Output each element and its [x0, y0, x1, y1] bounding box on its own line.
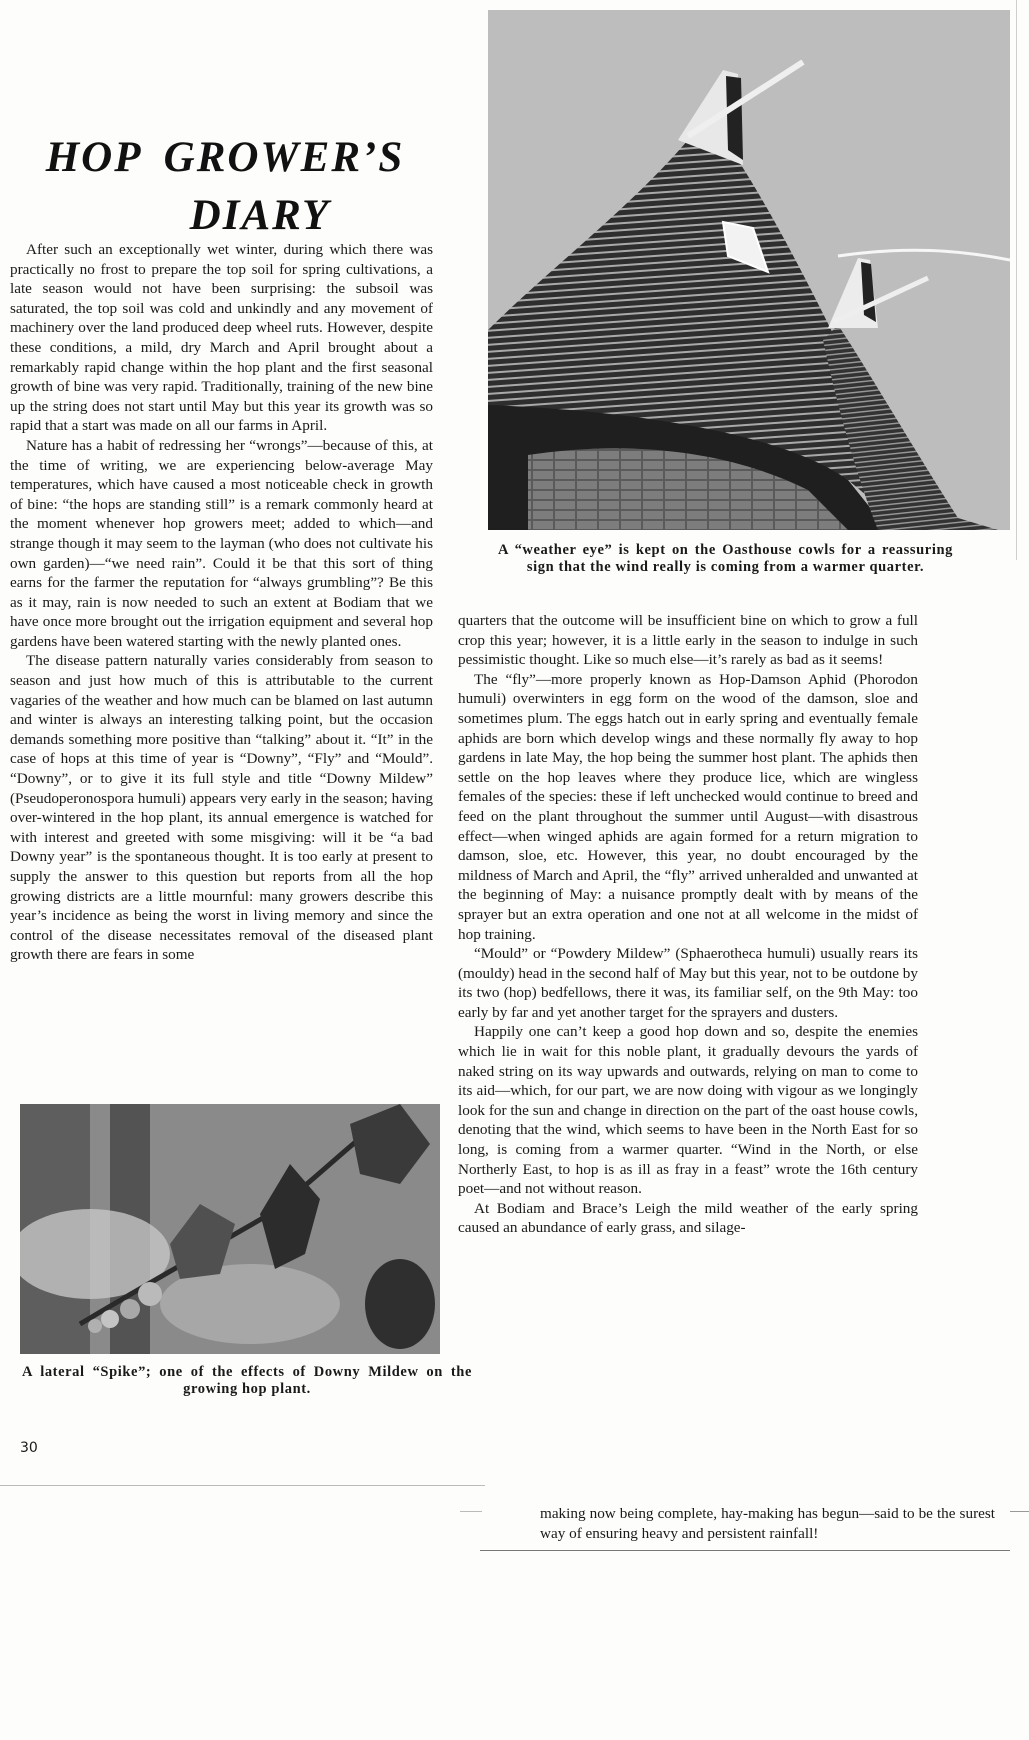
page-edge-rule — [0, 1485, 485, 1486]
paragraph-happily: Happily one can’t keep a good hop down a… — [458, 1022, 918, 1198]
magazine-page: HOP GROWER’S DIARY After such an excepti… — [0, 0, 1029, 1740]
article-title: HOP GROWER’S DIARY — [20, 129, 430, 245]
paragraph-mould: “Mould” or “Powdery Mildew” (Sphaerothec… — [458, 944, 918, 1022]
paragraph-fly: The “fly”—more properly known as Hop-Dam… — [458, 670, 918, 944]
page-right-edge — [1016, 0, 1017, 560]
hop-spike-illustration — [20, 1104, 440, 1354]
hop-plant-photo — [20, 1104, 440, 1354]
page-number: 30 — [20, 1440, 38, 1456]
oast-cowls-illustration — [488, 10, 1010, 530]
continuation-strip: making now being complete, hay-making ha… — [540, 1504, 995, 1543]
oast-house-photo — [488, 10, 1010, 530]
strip-bottom-rule — [480, 1550, 1010, 1551]
paragraph-tail: making now being complete, hay-making ha… — [540, 1504, 995, 1543]
paragraph-continuation: quarters that the outcome will be insuff… — [458, 611, 918, 670]
paragraph-disease: The disease pattern naturally varies con… — [10, 651, 433, 965]
paragraph-intro: After such an exceptionally wet winter, … — [10, 240, 433, 436]
hop-photo-caption: A lateral “Spike”; one of the effects of… — [22, 1364, 472, 1398]
title-line-1: HOP GROWER’S — [20, 129, 430, 187]
margin-tick-left — [460, 1511, 482, 1512]
margin-tick-right — [1010, 1511, 1029, 1512]
oast-photo-caption: A “weather eye” is kept on the Oasthouse… — [498, 542, 953, 576]
paragraph-bodiam: At Bodiam and Brace’s Leigh the mild wea… — [458, 1199, 918, 1238]
right-column: quarters that the outcome will be insuff… — [458, 611, 918, 1238]
paragraph-nature: Nature has a habit of redressing her “wr… — [10, 436, 433, 652]
title-line-2: DIARY — [90, 187, 430, 245]
left-column: After such an exceptionally wet winter, … — [10, 240, 433, 965]
